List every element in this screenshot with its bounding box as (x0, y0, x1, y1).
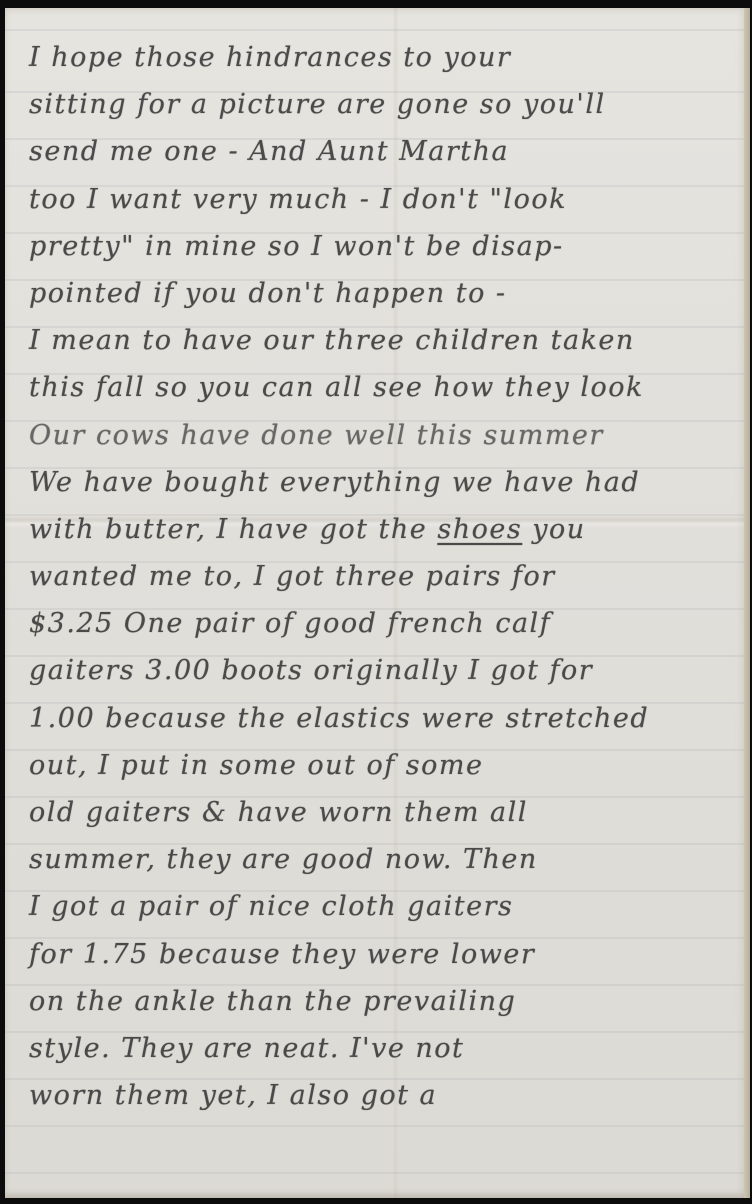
text-line-12: wanted me to, I got three pairs for (29, 553, 741, 600)
text-line-17: old gaiters & have worn them all (29, 789, 741, 836)
text-line-23: worn them yet, I also got a (29, 1072, 741, 1119)
text-line-4: too I want very much - I don't "look (29, 176, 741, 223)
text-line-20: for 1.75 because they were lower (29, 931, 741, 978)
text-line-8: this fall so you can all see how they lo… (29, 364, 741, 411)
text-line-9: Our cows have done well this summer (29, 412, 741, 459)
underlined-word: shoes (437, 514, 522, 545)
text-line-2: sitting for a picture are gone so you'll (29, 81, 741, 128)
text-line-21: on the ankle than the prevailing (29, 978, 741, 1025)
text-before-underline: with butter, I have got the (29, 514, 437, 545)
text-line-1: I hope those hindrances to your (29, 34, 741, 81)
text-line-13: $3.25 One pair of good french calf (29, 600, 741, 647)
text-line-15: 1.00 because the elastics were stretched (29, 695, 741, 742)
text-line-10: We have bought everything we have had (29, 459, 741, 506)
text-line-5: pretty" in mine so I won't be disap- (29, 223, 741, 270)
text-after-underline: you (522, 514, 585, 545)
text-line-22: style. They are neat. I've not (29, 1025, 741, 1072)
text-line-7: I mean to have our three children taken (29, 317, 741, 364)
text-line-6: pointed if you don't happen to - (29, 270, 741, 317)
handwritten-text: I hope those hindrances to your sitting … (29, 34, 741, 1119)
text-line-11: with butter, I have got the shoes you (29, 506, 741, 553)
text-line-3: send me one - And Aunt Martha (29, 128, 741, 175)
text-line-19: I got a pair of nice cloth gaiters (29, 883, 741, 930)
text-line-16: out, I put in some out of some (29, 742, 741, 789)
letter-page: I hope those hindrances to your sitting … (5, 8, 750, 1198)
text-line-18: summer, they are good now. Then (29, 836, 741, 883)
text-line-14: gaiters 3.00 boots originally I got for (29, 647, 741, 694)
